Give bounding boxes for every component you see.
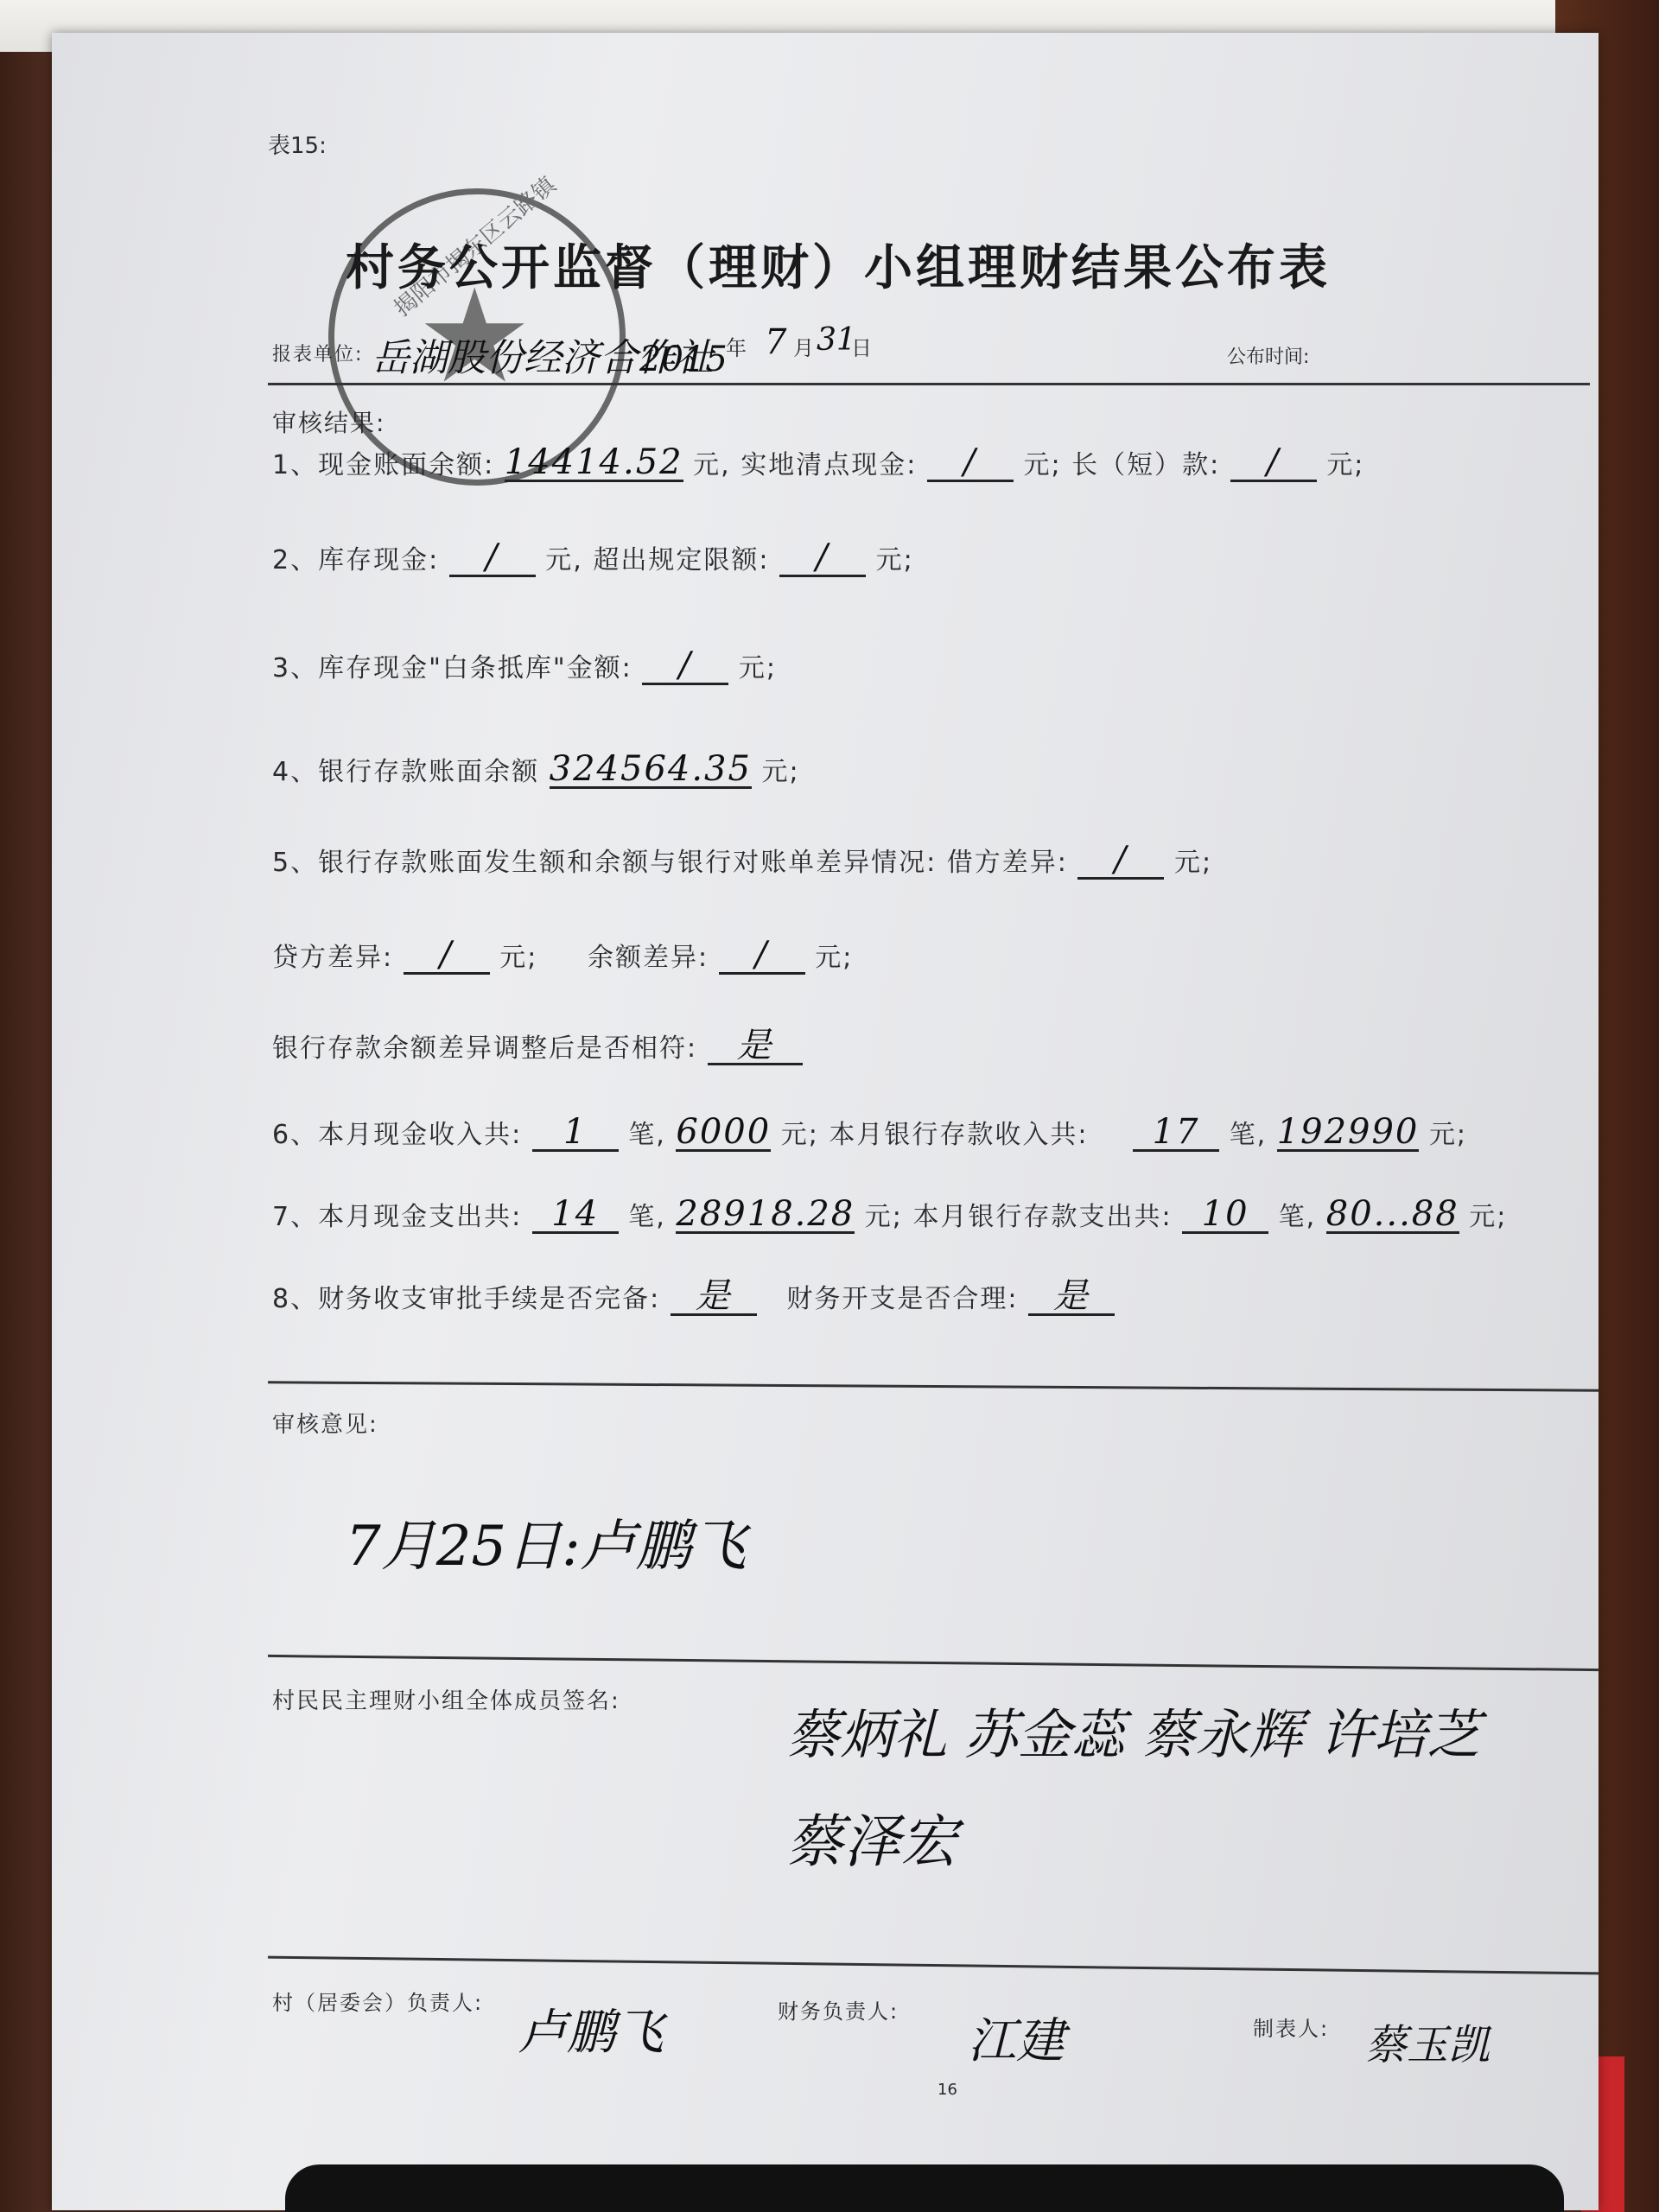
item-1-unit3: 元; <box>1326 450 1364 480</box>
item-5-row-3: 银行存款余额差异调整后是否相符: 是 <box>272 1027 803 1065</box>
village-head-signature: 卢鹏飞 <box>518 1994 664 2063</box>
item-2-row: 2、库存现金: / 元, 超出规定限额: / 元; <box>272 538 914 577</box>
date-day-suffix: 日 <box>851 331 872 361</box>
item-8-label: 8、财务收支审批手续是否完备: <box>272 1284 660 1314</box>
form-paper: 表15: ★ 揭阳市揭东区云路镇 村务公开监督（理财）小组理财结果公布表 报表单… <box>52 33 1599 2210</box>
cash-book-balance-value: 14414.52 <box>505 445 683 482</box>
item-1-unit2: 元; <box>1023 450 1061 480</box>
item-2-unit: 元, <box>545 545 583 575</box>
cash-income-count: 1 <box>532 1115 619 1152</box>
finance-head-label: 财务负责人: <box>778 1994 899 2024</box>
balance-diff-value: / <box>719 938 805 975</box>
balance-diff-label: 余额差异: <box>588 943 709 973</box>
form-number: 表15: <box>268 128 327 160</box>
item-7-unit2: 元; <box>1469 1202 1507 1232</box>
over-limit-value: / <box>779 540 866 577</box>
item-4-row: 4、银行存款账面余额 324564.35 元; <box>272 750 800 789</box>
page-number: 16 <box>938 2081 957 2099</box>
photo-background-bottom <box>285 2164 1564 2212</box>
reconciled-label: 银行存款余额差异调整后是否相符: <box>272 1033 697 1064</box>
cash-expense-amount: 28918.28 <box>676 1197 855 1234</box>
credit-diff-label: 贷方差异: <box>272 943 393 973</box>
item-6-unit2: 元; <box>1429 1120 1467 1150</box>
item-7-count-unit2: 笔, <box>1279 1202 1317 1232</box>
divider-header <box>268 383 1590 385</box>
opinion-label: 审核意见: <box>272 1407 378 1439</box>
audit-results-label: 审核结果: <box>272 404 385 439</box>
item-7-label: 7、本月现金支出共: <box>272 1202 522 1232</box>
members-signatures-line1: 蔡炳礼 苏金蕊 蔡永辉 许培芝 <box>786 1692 1480 1769</box>
item-6-unit: 元; <box>781 1120 819 1150</box>
bank-expense-count: 10 <box>1182 1197 1268 1234</box>
item-7-unit: 元; <box>865 1202 903 1232</box>
over-short-label: 长（短）款: <box>1071 450 1220 480</box>
bank-book-balance-value: 324564.35 <box>550 752 752 789</box>
over-limit-label: 超出规定限额: <box>593 545 769 575</box>
reconciled-value: 是 <box>708 1028 803 1065</box>
item-3-row: 3、库存现金"白条抵库"金额: / 元; <box>272 646 777 685</box>
item-6-row: 6、本月现金收入共: 1 笔, 6000 元; 本月银行存款收入共: 17 笔,… <box>272 1113 1467 1152</box>
bank-income-amount: 192990 <box>1277 1115 1420 1152</box>
item-3-label: 3、库存现金"白条抵库"金额: <box>272 653 632 683</box>
date-year: 2015 <box>639 340 728 379</box>
item-5-row: 5、银行存款账面发生额和余额与银行对账单差异情况: 借方差异: / 元; <box>272 841 1212 880</box>
divider-members <box>268 1655 1599 1671</box>
bank-income-count: 17 <box>1133 1115 1219 1152</box>
bank-income-label: 本月银行存款收入共: <box>829 1120 1088 1150</box>
date-month: 7 <box>765 322 786 362</box>
page-title: 村务公开监督（理财）小组理财结果公布表 <box>346 230 1331 299</box>
item-6-count-unit: 笔, <box>628 1120 666 1150</box>
actual-cash-label: 实地清点现金: <box>741 450 917 480</box>
item-4-label: 4、银行存款账面余额 <box>272 757 539 787</box>
actual-cash-value: / <box>927 445 1014 482</box>
debit-diff-label: 借方差异: <box>947 848 1068 878</box>
divider-opinion <box>268 1381 1599 1391</box>
item-8-row: 8、财务收支审批手续是否完备: 是 财务开支是否合理: 是 <box>272 1277 1115 1316</box>
item-1-row: 1、现金账面余额: 14414.52 元, 实地清点现金: / 元; 长（短）款… <box>272 443 1364 482</box>
debit-diff-value: / <box>1077 842 1164 880</box>
item-5-row-2: 贷方差异: / 元; 余额差异: / 元; <box>272 936 853 975</box>
item-5-unit2: 元; <box>499 943 537 973</box>
item-5-unit3: 元; <box>815 943 853 973</box>
item-5-unit: 元; <box>1174 848 1212 878</box>
over-short-value: / <box>1230 445 1317 482</box>
date-year-suffix: 年 <box>726 331 747 361</box>
bank-expense-amount: 80...88 <box>1326 1197 1459 1234</box>
reasonable-value: 是 <box>1028 1279 1115 1316</box>
cash-expense-count: 14 <box>532 1197 619 1234</box>
item-2-label: 2、库存现金: <box>272 545 439 575</box>
date-month-suffix: 月 <box>793 331 814 361</box>
bank-expense-label: 本月银行存款支出共: <box>912 1202 1172 1232</box>
cash-income-amount: 6000 <box>676 1115 771 1152</box>
village-head-label: 村（居委会）负责人: <box>272 1986 483 2016</box>
item-7-row: 7、本月现金支出共: 14 笔, 28918.28 元; 本月银行存款支出共: … <box>272 1195 1507 1234</box>
item-5-label: 5、银行存款账面发生额和余额与银行对账单差异情况: <box>272 848 937 878</box>
publish-time-label: 公布时间: <box>1227 342 1309 369</box>
item-6-label: 6、本月现金收入共: <box>272 1120 522 1150</box>
cash-on-hand-value: / <box>449 540 536 577</box>
members-signatures-line2: 蔡泽宏 <box>786 1796 957 1878</box>
unit-label: 报表单位: <box>272 340 363 366</box>
item-1-label: 1、现金账面余额: <box>272 450 494 480</box>
procedures-complete-value: 是 <box>671 1279 757 1316</box>
divider-footer <box>268 1956 1599 1975</box>
item-4-unit: 元; <box>762 757 800 787</box>
finance-head-signature: 江建 <box>968 2003 1065 2072</box>
item-2-unit2: 元; <box>876 545 914 575</box>
item-7-count-unit: 笔, <box>628 1202 666 1232</box>
reasonable-label: 财务开支是否合理: <box>786 1284 1018 1314</box>
date-day: 31 <box>817 322 856 358</box>
opinion-handwritten: 7月25日:卢鹏飞 <box>346 1502 747 1581</box>
iou-amount-value: / <box>642 648 728 685</box>
item-6-count-unit2: 笔, <box>1230 1120 1268 1150</box>
credit-diff-value: / <box>404 938 490 975</box>
preparer-signature: 蔡玉凯 <box>1365 2012 1490 2071</box>
members-label: 村民民主理财小组全体成员签名: <box>272 1683 620 1715</box>
item-1-unit: 元, <box>693 450 731 480</box>
preparer-label: 制表人: <box>1253 2012 1329 2042</box>
item-3-unit: 元; <box>739 653 777 683</box>
